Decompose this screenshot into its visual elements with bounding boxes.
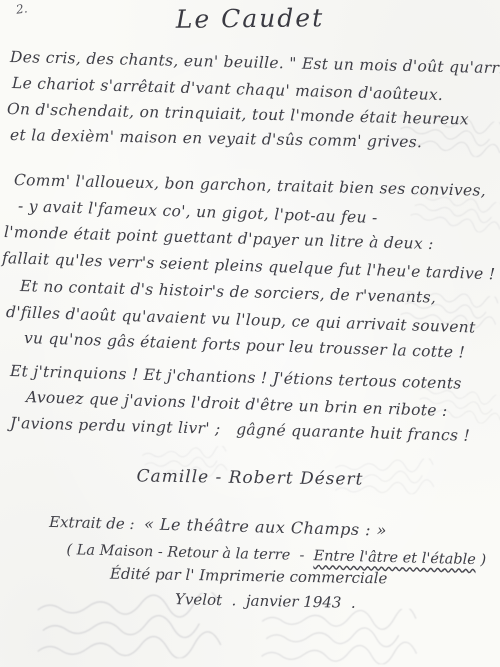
works-list: ( La Maison - Retour à la terre - (66, 542, 314, 564)
poem-line: Des cris, des chants, eun' beuille. " Es… (10, 48, 500, 78)
author-signature: Camille - Robert Désert (0, 465, 500, 492)
poem-line: Et no contait d's histoir's de sorciers,… (20, 277, 500, 309)
stanza: Et j'trinquions ! Et j'chantions ! J'éti… (0, 362, 500, 440)
publisher-line: Édité par l' Imprimerie commerciale (110, 565, 388, 588)
stanza: Des cris, des chants, eun' beuille. " Es… (0, 48, 500, 152)
stanza: Comm' l'alloueux, bon garchon, traitait … (0, 171, 500, 275)
place-date-line: Yvelot . janvier 1943 . (175, 590, 356, 612)
poem-title: Le Caudet (0, 1, 500, 35)
poem-line: Comm' l'alloueux, bon garchon, traitait … (14, 171, 500, 201)
manuscript-page: 2. Le Caudet Des cris, des chants, eun' … (0, 0, 500, 667)
stanza: Et no contait d's histoir's de sorciers,… (0, 277, 500, 355)
works-underlined-title: Entre l'âtre et l'étable (313, 548, 476, 568)
poem-line: et la dexièm' maison en veyait d'sûs com… (10, 126, 500, 154)
bleedthrough-marks (240, 608, 441, 666)
works-close-paren: ) (476, 552, 487, 568)
